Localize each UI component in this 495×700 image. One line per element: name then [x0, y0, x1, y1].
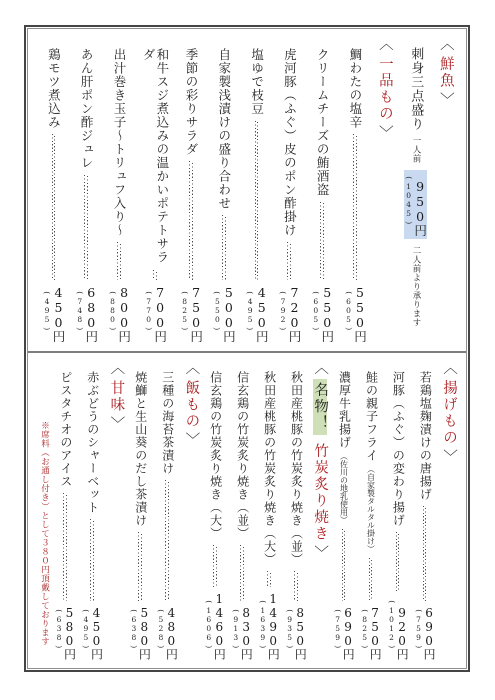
- header-bracket-open: 〈: [313, 360, 328, 377]
- dotted-leader: [189, 161, 193, 280]
- footer-note-text: ※席料（お通し付き）として３８０円頂戴しております: [40, 421, 49, 646]
- tax-paren-close: ): [258, 643, 267, 651]
- dotted-leader: [84, 175, 88, 280]
- section-header: 〈一品もの〉: [377, 35, 392, 342]
- price-tax: (1606): [205, 597, 213, 651]
- price-value: 830円: [240, 606, 252, 660]
- item-name: 自家製浅漬けの盛り合わせ: [217, 48, 231, 210]
- price-tax-value: 1639: [258, 606, 267, 642]
- menu-item: 自家製浅漬けの盛り合わせ500円(550): [213, 35, 234, 342]
- dotted-leader: [90, 519, 94, 601]
- price-value: 850円: [294, 606, 306, 660]
- price-tax-value: 1045: [404, 182, 413, 218]
- item-price: 680円(748): [76, 285, 97, 343]
- section-divider: [28, 351, 466, 353]
- menu-item-sashimi: 刺身三点盛り一人前950円(1045)二人前より承ります: [404, 35, 427, 342]
- tax-paren-open: (: [156, 607, 165, 615]
- yen-suffix: 円: [89, 648, 103, 660]
- item-price: 550円(605): [312, 285, 333, 343]
- item-price: 750円(825): [361, 606, 382, 660]
- dotted-leader: [213, 545, 217, 587]
- header-label: 一品もの: [377, 56, 392, 122]
- price-digits: 580: [62, 606, 76, 648]
- dotted-leader: [287, 242, 291, 280]
- tax-paren-open: (: [245, 289, 254, 297]
- section-header: 〈飯もの〉: [184, 359, 199, 660]
- menu-frame-inner: 〈鮮魚〉刺身三点盛り一人前950円(1045)二人前より承ります〈一品もの〉鯛わ…: [27, 28, 467, 669]
- menu-item: 若鶏塩麹漬けの唐揚げ690円(759): [415, 359, 436, 660]
- price-tax: (825): [181, 288, 189, 333]
- price-value: 690円: [342, 606, 354, 660]
- price-tax-value: 825: [360, 615, 369, 642]
- price-tax: (759): [415, 606, 423, 651]
- yen-suffix: 円: [341, 648, 355, 660]
- price-tax: (605): [345, 288, 353, 333]
- item-name: 河豚（ふぐ）の変わり揚げ: [391, 371, 404, 527]
- header-label: 鮮魚: [438, 56, 453, 89]
- menu-item: 虎河豚（ふぐ）皮のポン酢掛け720円(792): [279, 35, 300, 342]
- section-header: 〈揚げもの〉: [442, 359, 457, 660]
- yen-suffix: 円: [413, 224, 428, 237]
- menu-item: 赤ぶどうのシャーベット450円(495): [82, 359, 103, 660]
- price-value: 680円: [84, 285, 97, 343]
- price-value: 580円: [63, 606, 75, 660]
- item-price: 1490円(1639): [259, 592, 280, 660]
- yen-suffix: 円: [368, 648, 382, 660]
- price-digits: 680: [84, 285, 99, 330]
- menu-item: 河豚（ふぐ）の変わり揚げ920円(1012): [388, 359, 409, 660]
- tax-paren-open: (: [285, 607, 294, 615]
- tax-paren-close: ): [108, 325, 117, 333]
- dotted-leader: [342, 529, 346, 601]
- menu-item: 濃厚牛乳揚げ（佐川の地乳使用）690円(759): [334, 359, 355, 660]
- price-digits: 1460: [212, 592, 226, 648]
- price-tax-value: 748: [75, 297, 84, 324]
- item-name: 鶏モツ煮込み: [47, 48, 61, 129]
- price-tax: (913): [232, 606, 240, 651]
- dotted-leader: [255, 121, 259, 280]
- tax-paren-close: ): [156, 643, 165, 651]
- section-header: 〈鮮魚〉: [438, 35, 453, 342]
- price-value: 750円: [189, 285, 202, 343]
- tax-paren-close: ): [333, 643, 342, 651]
- dotted-leader: [153, 270, 157, 279]
- menu-document: 〈鮮魚〉刺身三点盛り一人前950円(1045)二人前より承ります〈一品もの〉鯛わ…: [0, 0, 495, 700]
- item-name: 赤ぶどうのシャーベット: [86, 371, 99, 514]
- yen-suffix: 円: [189, 330, 204, 343]
- price-tax-value: 759: [414, 615, 423, 642]
- yen-suffix: 円: [293, 648, 307, 660]
- price-tax: (935): [286, 606, 294, 651]
- item-price: 690円(759): [334, 606, 355, 660]
- price-value: 550円: [320, 285, 333, 343]
- price-value: 920円: [396, 606, 408, 660]
- header-label: 飯もの: [184, 380, 199, 430]
- dotted-leader: [165, 480, 169, 601]
- item-price: 750円(825): [181, 285, 202, 343]
- price-tax-value: 638: [54, 615, 63, 642]
- item-name: 鯛わたの塩辛: [348, 48, 362, 129]
- tax-paren-open: (: [387, 598, 396, 606]
- price-tax: (770): [145, 288, 153, 333]
- item-price: 500円(550): [213, 285, 234, 343]
- tax-paren-close: ): [75, 325, 84, 333]
- header-label: 甘味: [109, 380, 124, 413]
- price-digits: 830: [239, 606, 253, 648]
- price-tax: (605): [312, 288, 320, 333]
- tax-paren-open: (: [42, 289, 51, 297]
- item-name: 三種の海苔茶漬け: [161, 371, 174, 475]
- yen-suffix: 円: [212, 648, 226, 660]
- menu-item: 焼鰤と生山葵のだし茶漬け580円(638): [130, 359, 151, 660]
- tax-paren-close: ): [387, 643, 396, 651]
- price-tax-value: 759: [333, 615, 342, 642]
- tax-paren-open: (: [204, 598, 213, 606]
- dotted-leader: [320, 202, 324, 280]
- price-tax-value: 495: [246, 297, 255, 324]
- dotted-leader: [222, 215, 226, 280]
- tax-paren-open: (: [213, 289, 222, 297]
- tax-paren-close: ): [204, 643, 213, 651]
- price-tax: (1012): [388, 597, 396, 651]
- item-name: 秋田産桃豚の竹炭炙り焼き（並）: [289, 371, 302, 566]
- item-name: 信玄鶏の竹炭炙り焼き（並）: [235, 371, 248, 540]
- header-label: 揚げもの: [442, 380, 457, 446]
- price-digits: 690: [422, 606, 436, 648]
- item-name: 若鶏塩麹漬けの唐揚げ: [418, 371, 431, 501]
- price-digits: 450: [89, 606, 103, 648]
- item-name-note: （自家製タルタル掛け）: [366, 465, 375, 553]
- menu-section-bottom: 〈揚げもの〉若鶏塩麹漬けの唐揚げ690円(759)河豚（ふぐ）の変わり揚げ920…: [28, 354, 466, 668]
- price-digits: 690: [341, 606, 355, 648]
- dotted-leader: [267, 571, 271, 587]
- price-tax-value: 825: [180, 297, 189, 324]
- price-tax: (880): [109, 288, 117, 333]
- price-digits: 1490: [266, 592, 280, 648]
- tax-paren-close: ): [245, 325, 254, 333]
- menu-section-top: 〈鮮魚〉刺身三点盛り一人前950円(1045)二人前より承ります〈一品もの〉鯛わ…: [28, 29, 466, 350]
- price-value: 500円: [222, 285, 235, 343]
- serving-note-after: 二人前より承ります: [410, 246, 420, 327]
- price-tax-value: 880: [108, 297, 117, 324]
- price-value: 580円: [138, 606, 150, 660]
- header-bracket-close: 〉: [377, 125, 392, 142]
- yen-suffix: 円: [239, 648, 253, 660]
- price-digits: 500: [221, 285, 236, 330]
- price-value: 690円: [423, 606, 435, 660]
- price-value: 950円: [413, 179, 426, 237]
- item-price: 580円(638): [130, 606, 151, 660]
- price-tax: (1639): [259, 597, 267, 651]
- item-name: 刺身三点盛り: [408, 47, 422, 131]
- section-header: 〈甘味〉: [109, 359, 124, 660]
- price-tax-value: 528: [156, 615, 165, 642]
- item-price: 800円(880): [109, 285, 130, 343]
- yen-suffix: 円: [62, 648, 76, 660]
- menu-item: 塩ゆで枝豆450円(495): [246, 35, 267, 342]
- header-bracket-close: 〉: [109, 416, 124, 433]
- menu-item: ピスタチオのアイス580円(638): [55, 359, 76, 660]
- yen-suffix: 円: [266, 648, 280, 660]
- dotted-leader: [396, 532, 400, 592]
- tax-paren-open: (: [258, 598, 267, 606]
- price-digits: 800: [117, 285, 132, 330]
- item-price: 550円(605): [345, 285, 366, 343]
- price-value: 480円: [165, 606, 177, 660]
- price-tax-value: 495: [81, 615, 90, 642]
- item-price: 450円(495): [43, 285, 64, 343]
- price-value: 450円: [255, 285, 268, 343]
- price-digits: 450: [254, 285, 269, 330]
- menu-item: 鶏モツ煮込み450円(495): [43, 35, 64, 342]
- dotted-leader: [240, 545, 244, 601]
- menu-item: 出汁巻き玉子〜トリュフ入り〜800円(880): [109, 35, 130, 342]
- item-name: 焼鰤と生山葵のだし茶漬け: [134, 371, 147, 527]
- item-name: 鮭の親子フライ: [364, 371, 377, 462]
- item-price: 580円(638): [55, 606, 76, 660]
- header-bracket-open: 〈: [109, 360, 124, 377]
- item-price: 480円(528): [157, 606, 178, 660]
- tax-paren-open: (: [311, 289, 320, 297]
- tax-paren-open: (: [54, 607, 63, 615]
- price-value: 720円: [287, 285, 300, 343]
- tax-paren-open: (: [360, 607, 369, 615]
- item-price: 850円(935): [286, 606, 307, 660]
- tax-paren-open: (: [75, 289, 84, 297]
- yen-suffix: 円: [422, 648, 436, 660]
- menu-item: 和牛スジ煮込みの温かいポテトサラダ700円(770): [141, 35, 169, 342]
- yen-suffix: 円: [287, 330, 302, 343]
- tax-paren-close: ): [180, 325, 189, 333]
- price-value: 750円: [369, 606, 381, 660]
- tax-paren-close: ): [213, 325, 222, 333]
- price-tax: (638): [130, 606, 138, 651]
- yen-suffix: 円: [320, 330, 335, 343]
- price-tax-value: 1606: [204, 606, 213, 642]
- price-value: 550円: [353, 285, 366, 343]
- tax-paren-open: (: [144, 289, 153, 297]
- item-name: 季節の彩りサラダ: [184, 48, 198, 156]
- yen-suffix: 円: [51, 330, 66, 343]
- dotted-leader: [63, 493, 67, 601]
- dotted-leader: [52, 134, 56, 280]
- menu-item: 秋田産桃豚の竹炭炙り焼き（並）850円(935): [286, 359, 307, 660]
- yen-suffix: 円: [84, 330, 99, 343]
- item-name: 塩ゆで枝豆: [250, 48, 264, 116]
- price-tax: (495): [82, 606, 90, 651]
- tax-paren-open: (: [108, 289, 117, 297]
- dotted-leader: [294, 571, 298, 601]
- header-bracket-close: 〉: [438, 92, 453, 109]
- price-tax-value: 605: [311, 297, 320, 324]
- tax-paren-close: ): [360, 643, 369, 651]
- price-tax: (638): [55, 606, 63, 651]
- yen-suffix: 円: [117, 330, 132, 343]
- menu-item: クリームチーズの鮪酒盗550円(605): [312, 35, 333, 342]
- price-value: 1490円: [267, 592, 279, 660]
- price-tax-value: 770: [144, 297, 153, 324]
- tax-paren-close: ): [54, 643, 63, 651]
- price-tax: (1045): [405, 173, 413, 227]
- yen-suffix: 円: [254, 330, 269, 343]
- serving-note-before: 一人前: [410, 136, 420, 163]
- tax-paren-close: ): [285, 643, 294, 651]
- tax-paren-close: ): [414, 643, 423, 651]
- header-bracket-open: 〈: [377, 36, 392, 53]
- section-header: 〈名物！竹炭炙り焼き〉: [313, 359, 328, 660]
- yen-suffix: 円: [153, 330, 168, 343]
- tax-paren-open: (: [81, 607, 90, 615]
- menu-item: 秋田産桃豚の竹炭炙り焼き（大）1490円(1639): [259, 359, 280, 660]
- price-tax: (759): [334, 606, 342, 651]
- price-digits: 720: [287, 285, 302, 330]
- price-tax: (550): [213, 288, 221, 333]
- price-digits: 450: [51, 285, 66, 330]
- dotted-leader: [353, 134, 357, 280]
- item-price: 690円(759): [415, 606, 436, 660]
- price-digits: 750: [189, 285, 204, 330]
- price-digits: 750: [368, 606, 382, 648]
- item-price: 450円(495): [246, 285, 267, 343]
- tax-paren-close: ): [404, 219, 413, 227]
- yen-suffix: 円: [137, 648, 151, 660]
- tax-paren-open: (: [344, 289, 353, 297]
- price-tax-value: 550: [213, 297, 222, 324]
- item-name: あん肝ポン酢ジュレ: [79, 48, 93, 170]
- header-label: 竹炭炙り焼き: [313, 443, 328, 542]
- price-tax: (748): [76, 288, 84, 333]
- header-bracket-open: 〈: [184, 360, 199, 377]
- yen-suffix: 円: [353, 330, 368, 343]
- item-name: 濃厚牛乳揚げ: [337, 371, 350, 449]
- menu-item: 信玄鶏の竹炭炙り焼き（大）1460円(1606): [205, 359, 226, 660]
- item-price: 450円(495): [82, 606, 103, 660]
- item-price: 720円(792): [279, 285, 300, 343]
- dotted-leader: [138, 532, 142, 601]
- item-price: 1460円(1606): [205, 592, 226, 660]
- yen-suffix: 円: [395, 648, 409, 660]
- yen-suffix: 円: [164, 648, 178, 660]
- dotted-leader: [369, 558, 373, 601]
- menu-item: 三種の海苔茶漬け480円(528): [157, 359, 178, 660]
- header-bracket-open: 〈: [438, 36, 453, 53]
- item-name: 信玄鶏の竹炭炙り焼き（大）: [208, 371, 221, 540]
- header-bracket-open: 〈: [442, 360, 457, 377]
- price-value: 1460円: [213, 592, 225, 660]
- price-value: 700円: [153, 285, 166, 343]
- item-price: 830円(913): [232, 606, 253, 660]
- price-digits: 550: [353, 285, 368, 330]
- menu-item: 信玄鶏の竹炭炙り焼き（並）830円(913): [232, 359, 253, 660]
- price-tax: (528): [157, 606, 165, 651]
- price-digits: 920: [395, 606, 409, 648]
- price-tax: (495): [246, 288, 254, 333]
- dotted-leader: [423, 506, 427, 601]
- tax-paren-open: (: [404, 174, 413, 182]
- tax-paren-open: (: [180, 289, 189, 297]
- price-tax-value: 605: [344, 297, 353, 324]
- tax-paren-close: ): [344, 325, 353, 333]
- item-name: 出汁巻き玉子〜トリュフ入り〜: [112, 48, 126, 237]
- price-tax-value: 638: [129, 615, 138, 642]
- tax-paren-open: (: [414, 607, 423, 615]
- menu-item: あん肝ポン酢ジュレ680円(748): [76, 35, 97, 342]
- menu-item: 季節の彩りサラダ750円(825): [181, 35, 202, 342]
- item-price: 950円(1045): [404, 170, 427, 239]
- item-price: 920円(1012): [388, 597, 409, 660]
- price-tax: (825): [361, 606, 369, 651]
- price-digits: 700: [153, 285, 168, 330]
- tax-paren-close: ): [42, 325, 51, 333]
- price-tax-value: 935: [285, 615, 294, 642]
- tax-paren-open: (: [278, 289, 287, 297]
- header-label: 名物！: [313, 379, 328, 436]
- price-value: 800円: [117, 285, 130, 343]
- tax-paren-close: ): [311, 325, 320, 333]
- price-value: 450円: [90, 606, 102, 660]
- item-price: 700円(770): [145, 285, 166, 343]
- tax-paren-close: ): [81, 643, 90, 651]
- item-name: ピスタチオのアイス: [59, 371, 72, 488]
- menu-item: 鮭の親子フライ（自家製タルタル掛け）750円(825): [361, 359, 382, 660]
- price-digits: 580: [137, 606, 151, 648]
- price-digits: 550: [320, 285, 335, 330]
- price-tax-value: 1012: [387, 606, 396, 642]
- header-bracket-close: 〉: [313, 545, 328, 562]
- price-tax-value: 913: [231, 615, 240, 642]
- tax-paren-open: (: [231, 607, 240, 615]
- tax-paren-close: ): [144, 325, 153, 333]
- price-tax: (792): [279, 288, 287, 333]
- yen-suffix: 円: [221, 330, 236, 343]
- header-bracket-close: 〉: [442, 449, 457, 466]
- menu-frame: 〈鮮魚〉刺身三点盛り一人前950円(1045)二人前より承ります〈一品もの〉鯛わ…: [24, 25, 470, 672]
- price-value: 450円: [52, 285, 65, 343]
- tax-paren-close: ): [129, 643, 138, 651]
- item-name-note: （佐川の地乳使用）: [339, 452, 348, 524]
- tax-paren-close: ): [278, 325, 287, 333]
- tax-paren-open: (: [129, 607, 138, 615]
- dotted-leader: [117, 242, 121, 280]
- item-name: クリームチーズの鮪酒盗: [315, 48, 329, 197]
- price-tax-value: 792: [278, 297, 287, 324]
- price-digits: 480: [164, 606, 178, 648]
- price-digits: 850: [293, 606, 307, 648]
- item-name: 虎河豚（ふぐ）皮のポン酢掛け: [283, 48, 297, 237]
- header-bracket-close: 〉: [184, 432, 199, 449]
- price-digits: 950: [413, 179, 428, 224]
- menu-item: 鯛わたの塩辛550円(605): [345, 35, 366, 342]
- tax-paren-close: ): [231, 643, 240, 651]
- footer-note: ※席料（お通し付き）として３８０円頂戴しております: [40, 359, 49, 660]
- price-tax-value: 495: [43, 297, 52, 324]
- item-name: 秋田産桃豚の竹炭炙り焼き（大）: [262, 371, 275, 566]
- tax-paren-open: (: [333, 607, 342, 615]
- price-tax: (495): [43, 288, 51, 333]
- item-name: 和牛スジ煮込みの温かいポテトサラダ: [141, 48, 169, 265]
